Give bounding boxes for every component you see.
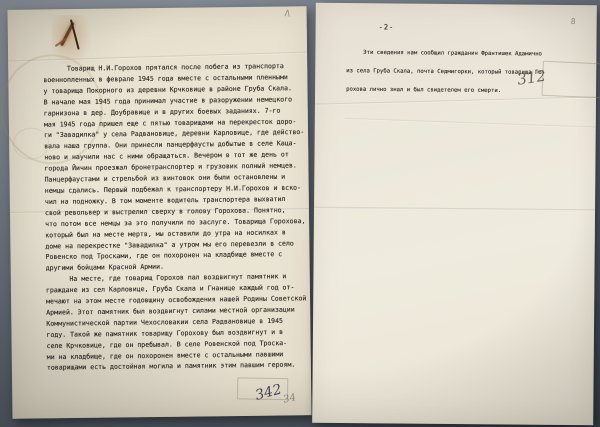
archive-stamp-box [541, 61, 600, 99]
fold-crease [314, 207, 595, 211]
archive-pencil-number: 34 [282, 392, 297, 406]
document-page-2: 8 -2- Эти сведения нам сообщил гражданин… [312, 3, 597, 425]
typewritten-text-page1: Товарищ Н.И.Горохов прятался после побег… [43, 61, 309, 374]
text-line: товарищами есть достойная могила и памят… [47, 360, 309, 374]
pencil-page-mark: 8 [570, 17, 575, 26]
text-line: Эти сведения нам сообщил гражданин Франт… [346, 43, 559, 63]
pencil-page-mark: Λ [284, 9, 290, 19]
photo-background: Λ Товарищ Н.И.Горохов прятался после поб… [0, 0, 600, 427]
page-number: -2- [379, 23, 395, 31]
paper-wrinkle [345, 118, 596, 128]
document-page-1: Λ Товарищ Н.И.Горохов прятался после поб… [8, 6, 312, 419]
